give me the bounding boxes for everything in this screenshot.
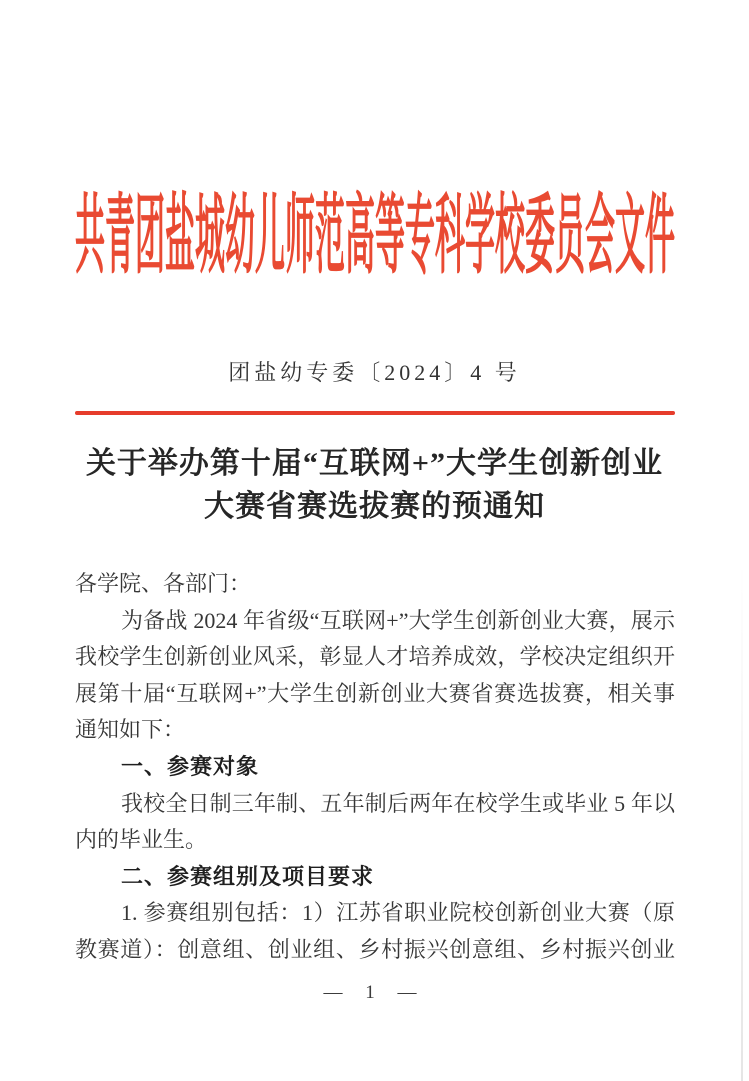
body-line: 通知如下： xyxy=(75,712,675,749)
notice-title-line1: 关于举办第十届“互联网+”大学生创新创业 xyxy=(0,442,749,485)
notice-title: 关于举办第十届“互联网+”大学生创新创业 大赛省赛选拔赛的预通知 xyxy=(0,442,749,528)
scan-page-edge xyxy=(741,560,743,1081)
page-number: — 1 — xyxy=(0,982,749,1004)
letterhead-title: 共青团盐城幼儿师范高等专科学校委员会文件 xyxy=(75,193,675,280)
body-line: 我校学生创新创业风采，彰显人才培养成效，学校决定组织开 xyxy=(75,639,675,676)
body-line: 1. 参赛组别包括：1）江苏省职业院校创新创业大赛（原职 xyxy=(75,895,675,932)
body-line: 内的毕业生。 xyxy=(75,822,675,859)
body-line: 教赛道）：创意组、创业组、乡村振兴创意组、乡村振兴创业 xyxy=(75,932,675,969)
letterhead-banner: 共青团盐城幼儿师范高等专科学校委员会文件 xyxy=(75,188,675,284)
body-line: 各学院、各部门： xyxy=(75,566,675,603)
section-heading: 一、参赛对象 xyxy=(75,749,675,786)
body-line: 展第十届“互联网+”大学生创新创业大赛省赛选拔赛，相关事项 xyxy=(75,676,675,713)
section-heading: 二、参赛组别及项目要求 xyxy=(75,859,675,896)
document-number: 团盐幼专委〔2024〕4 号 xyxy=(0,356,749,387)
body-line: 为备战 2024 年省级“互联网+”大学生创新创业大赛，展示 xyxy=(75,603,675,640)
body-line: 我校全日制三年制、五年制后两年在校学生或毕业 5 年以 xyxy=(75,786,675,823)
red-separator-line xyxy=(75,411,675,415)
document-page: 共青团盐城幼儿师范高等专科学校委员会文件 团盐幼专委〔2024〕4 号 关于举办… xyxy=(0,0,749,1081)
document-body: 各学院、各部门：为备战 2024 年省级“互联网+”大学生创新创业大赛，展示我校… xyxy=(75,566,675,969)
notice-title-line2: 大赛省赛选拔赛的预通知 xyxy=(0,485,749,528)
